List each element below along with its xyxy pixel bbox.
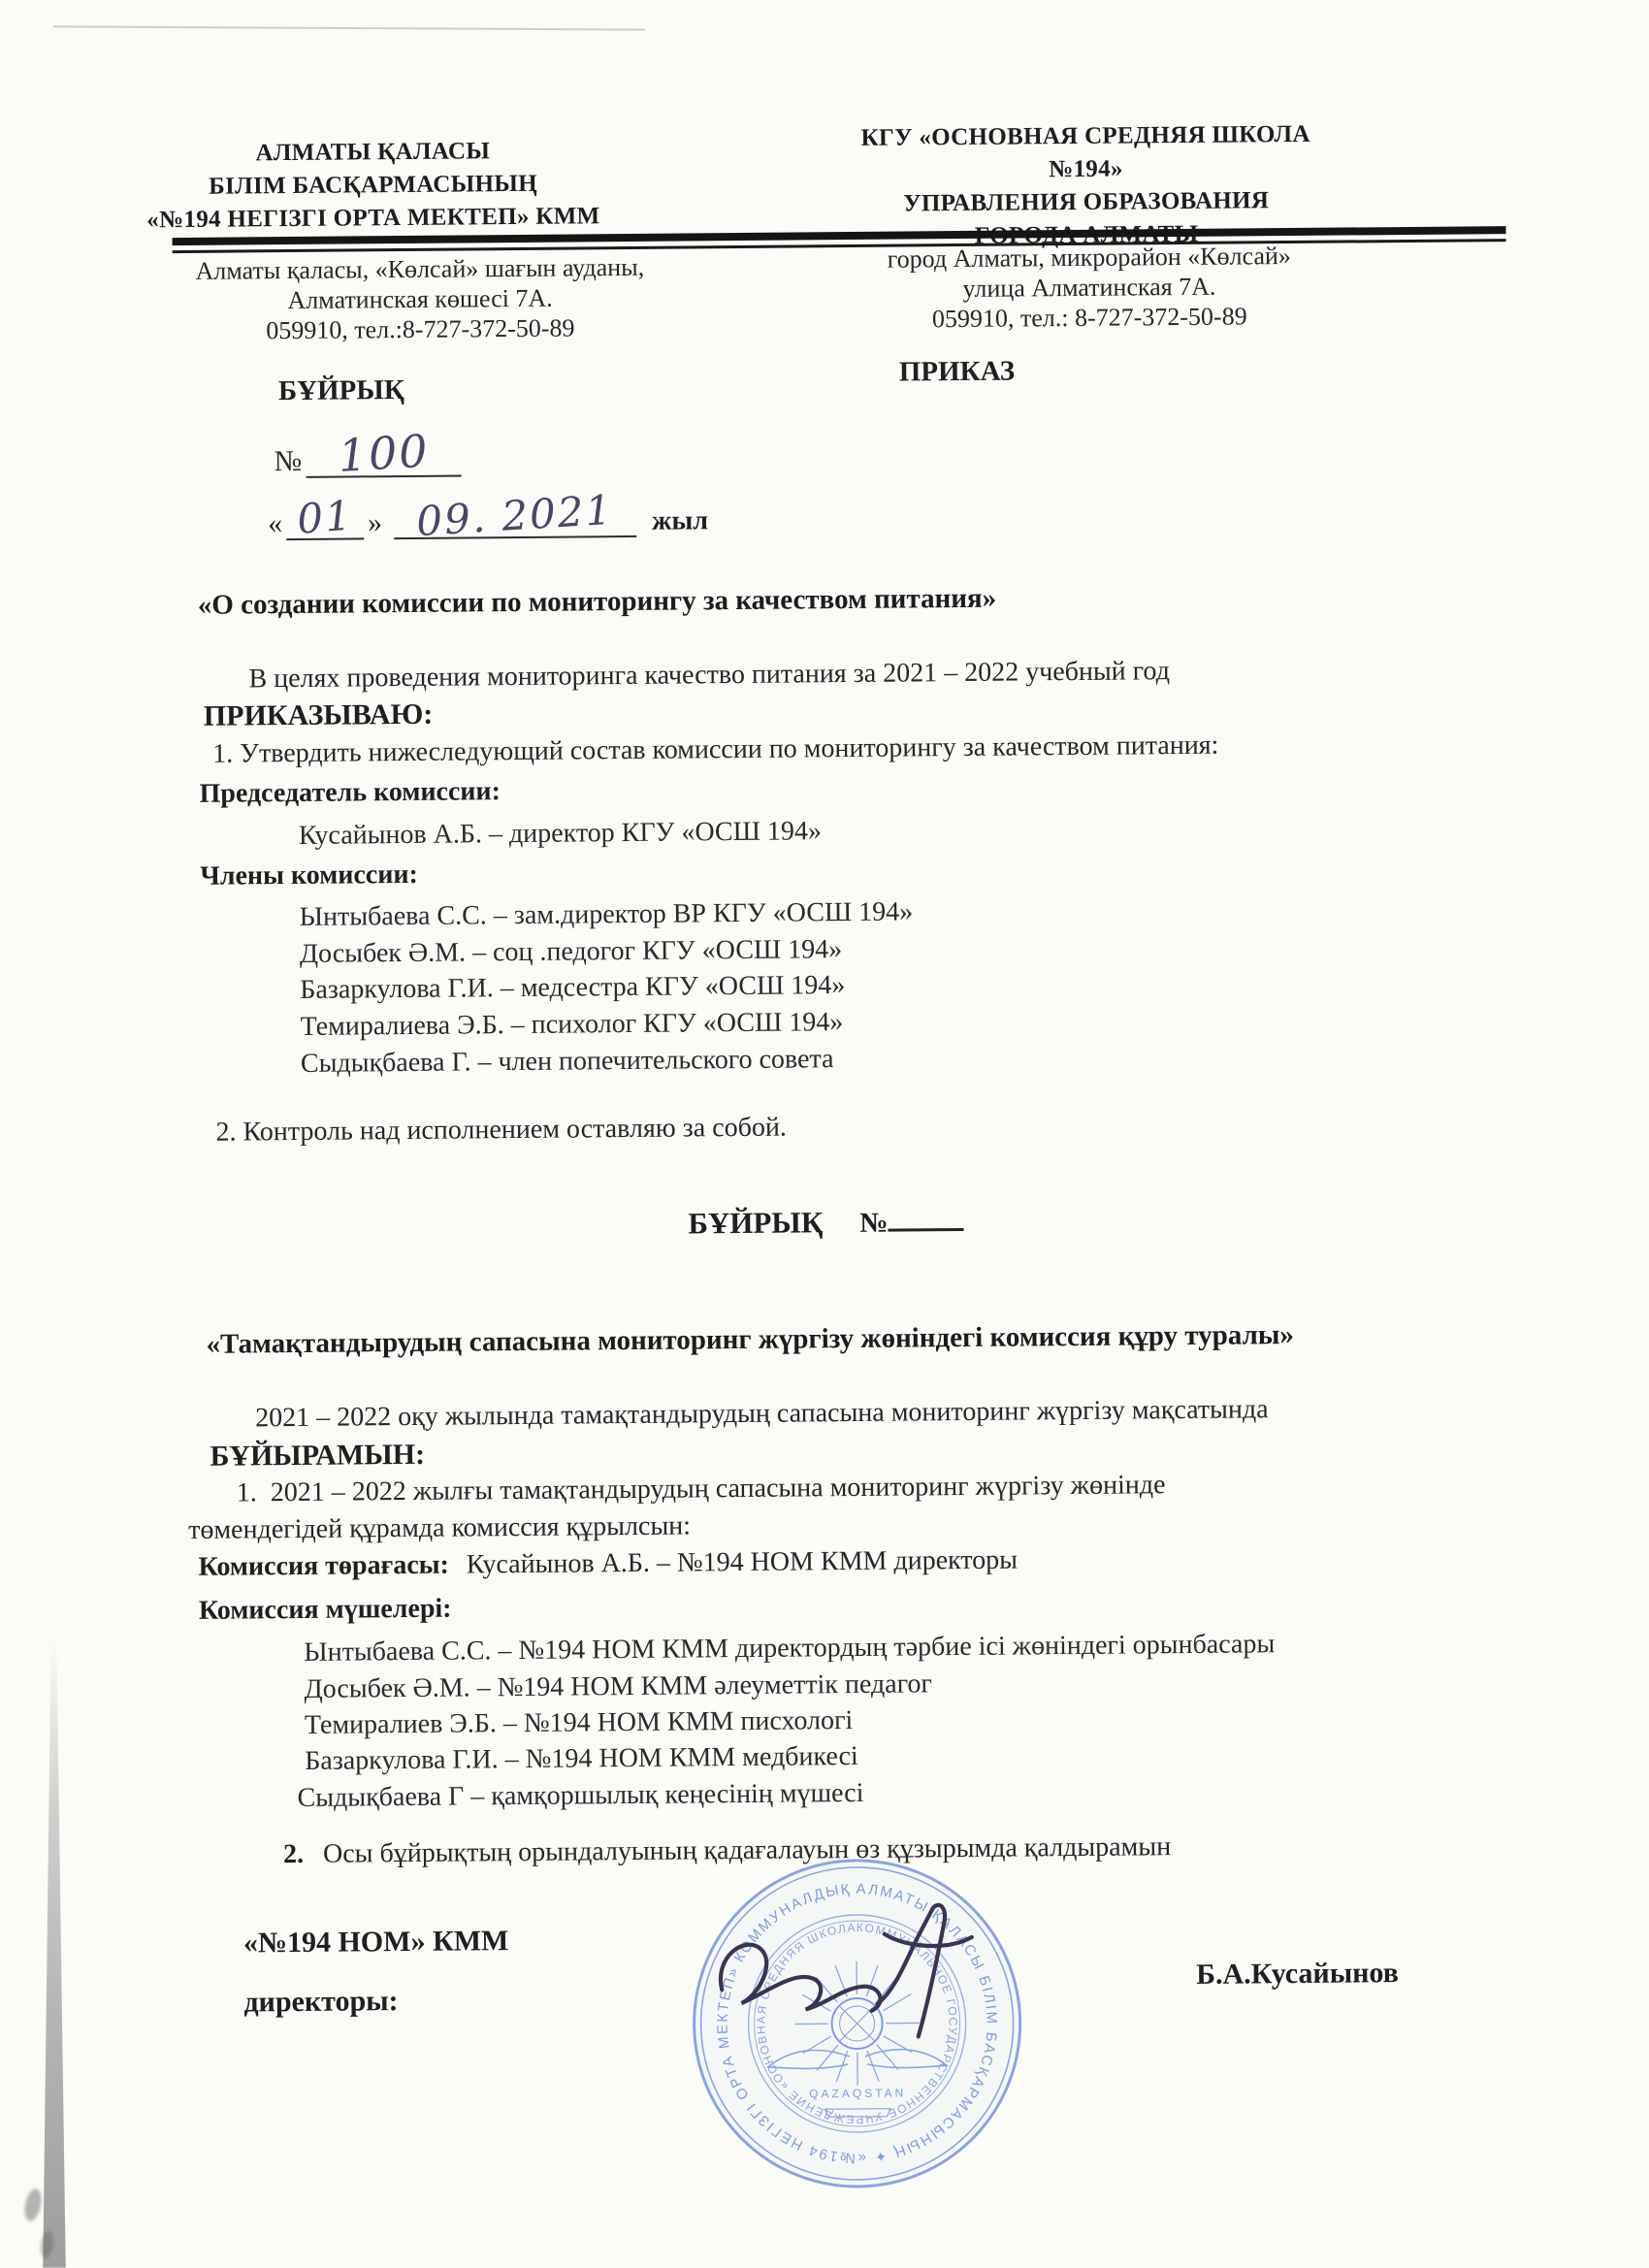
date-day-handwritten: 01 [296, 492, 355, 543]
order-ru-title: «О создании комиссии по мониторингу за к… [198, 583, 997, 622]
member-row: Ынтыбаева С.С. – зам.директор ВР КГУ «ОС… [299, 893, 913, 935]
date-word: жыл [652, 505, 708, 536]
member-row: Досыбек Ә.М. – №194 НОМ КММ әлеуметтік п… [304, 1666, 932, 1707]
member-row: Базаркулова Г.И. – №194 НОМ КММ медбикес… [305, 1738, 858, 1779]
letterhead-left: АЛМАТЫ ҚАЛАСЫ БІЛІМ БАСҚАРМАСЫНЫҢ «№194 … [109, 134, 638, 238]
order-ru-members-label: Члены комиссии: [200, 859, 418, 892]
order-kk-item1-text: 2021 – 2022 жылғы тамақтандырудың сапасы… [271, 1470, 1166, 1507]
order-ru-chair: Кусайынов А.Б. – директор КГУ «ОСШ 194» [299, 813, 822, 854]
order-label-ru: ПРИКАЗ [899, 356, 1016, 389]
signature-org: «№194 НОМ» КММ [243, 1925, 509, 1960]
letterhead-left-line1: АЛМАТЫ ҚАЛАСЫ [109, 134, 637, 172]
document-sheet: АЛМАТЫ ҚАЛАСЫ БІЛІМ БАСҚАРМАСЫНЫҢ «№194 … [0, 0, 1649, 2268]
member-row: Ынтыбаева С.С. – №194 НОМ КММ директорды… [304, 1626, 1275, 1670]
order-kk-heading-no: № [859, 1208, 888, 1239]
order-kk-chair: Кусайынов А.Б. – №194 НОМ КММ директоры [467, 1545, 1018, 1580]
order-kk-item1-line2: төмендегідей құрамда комиссия құрылсын: [188, 1510, 691, 1546]
member-row: Сыдықбаева Г. – член попечительского сов… [301, 1041, 834, 1082]
quote-open: « [268, 507, 282, 539]
address-right: город Алматы, микрорайон «Көлсай» улица … [842, 241, 1338, 335]
director-signature [703, 1894, 1024, 2061]
order-kk-paragraph: 2021 – 2022 оқу жылында тамақтандырудың … [187, 1392, 1545, 1435]
address-left-line1: Алматы қаласы, «Көлсай» шағын ауданы, [139, 251, 701, 286]
order-ru-item1: 1. Утвердить нижеследующий состав комисс… [212, 730, 1218, 770]
number-sign: № [274, 445, 302, 477]
order-ru-item2: 2. Контроль над исполнением оставляю за … [215, 1113, 787, 1149]
order-kk-item1-line1: 1. 2021 – 2022 жылғы тамақтандырудың сап… [237, 1470, 1166, 1508]
address-right-line1: город Алматы, микрорайон «Көлсай» [842, 241, 1337, 275]
order-kk-item2-number: 2. [283, 1839, 304, 1869]
letterhead-left-line2: БІЛІМ БАСҚАРМАСЫНЫҢ [109, 167, 637, 205]
order-kk-resolve: БҰЙЫРАМЫН: [210, 1439, 425, 1474]
signature-stroke-graphic [703, 1894, 1024, 2061]
quote-close: » [368, 506, 382, 538]
member-row: Базаркулова Г.И. – медсестра КГУ «ОСШ 19… [300, 967, 845, 1008]
address-left: Алматы қаласы, «Көлсай» шағын ауданы, Ал… [139, 251, 702, 346]
date-month-year-handwritten: 09. 2021 [415, 486, 615, 545]
signature-name: Б.А.Кусайынов [1196, 1957, 1399, 1992]
order-number-handwritten: 100 [337, 424, 431, 482]
order-kk-heading-row: БҰЙРЫҚ № [573, 1203, 1078, 1243]
order-ru-paragraph: В целях проведения мониторинга качество … [180, 653, 1500, 696]
address-right-line3: 059910, тел.: 8-727-372-50-89 [842, 301, 1337, 335]
member-row: Сыдықбаева Г – қамқоршылық кеңесінің мүш… [297, 1775, 863, 1816]
order-kk-members-label: Комиссия мүшелері: [199, 1594, 452, 1627]
order-ru-chair-label: Председатель комиссии: [199, 776, 501, 810]
order-kk-chair-row: Комиссия төрағасы: Кусайынов А.Б. – №194… [198, 1545, 1018, 1583]
address-right-line2: улица Алматинская 7А. [842, 271, 1337, 305]
order-kk-title: «Тамақтандырудың сапасына мониторинг жүр… [206, 1319, 1294, 1361]
order-number-row: № 100 [274, 422, 461, 478]
letterhead-right-line2: УПРАВЛЕНИЯ ОБРАЗОВАНИЯ [822, 183, 1350, 221]
member-row: Темиралиев Э.Б. – №194 НОМ КММ писхологі [305, 1702, 854, 1743]
order-date-row: « 01 » 09. 2021 жыл [268, 487, 708, 540]
order-label-kk: БҰЙРЫҚ [278, 374, 404, 407]
order-kk-number-blank [888, 1207, 963, 1232]
letterhead-right-line1: КГУ «ОСНОВНАЯ СРЕДНЯЯ ШКОЛА №194» [822, 117, 1351, 188]
address-left-line2: Алматинская көшесі 7А. [139, 281, 701, 316]
order-kk-item1-number: 1. [237, 1477, 257, 1507]
order-ru-resolve: ПРИКАЗЫВАЮ: [204, 698, 434, 733]
member-row: Темиралиева Э.Б. – психолог КГУ «ОСШ 194… [300, 1004, 843, 1045]
address-left-line3: 059910, тел.:8-727-372-50-89 [139, 311, 701, 346]
order-kk-chair-label: Комиссия төрағасы: [198, 1550, 449, 1582]
member-row: Досыбек Ә.М. – соц .педогог КГУ «ОСШ 194… [300, 931, 843, 972]
letterhead-left-line3: «№194 НЕГІЗГІ ОРТА МЕКТЕП» КММ [109, 200, 637, 238]
stamp-center-text: QAZAQSTAN [809, 2087, 906, 2101]
signature-role: директоры: [243, 1985, 398, 2019]
order-kk-heading: БҰЙРЫҚ [688, 1205, 823, 1240]
